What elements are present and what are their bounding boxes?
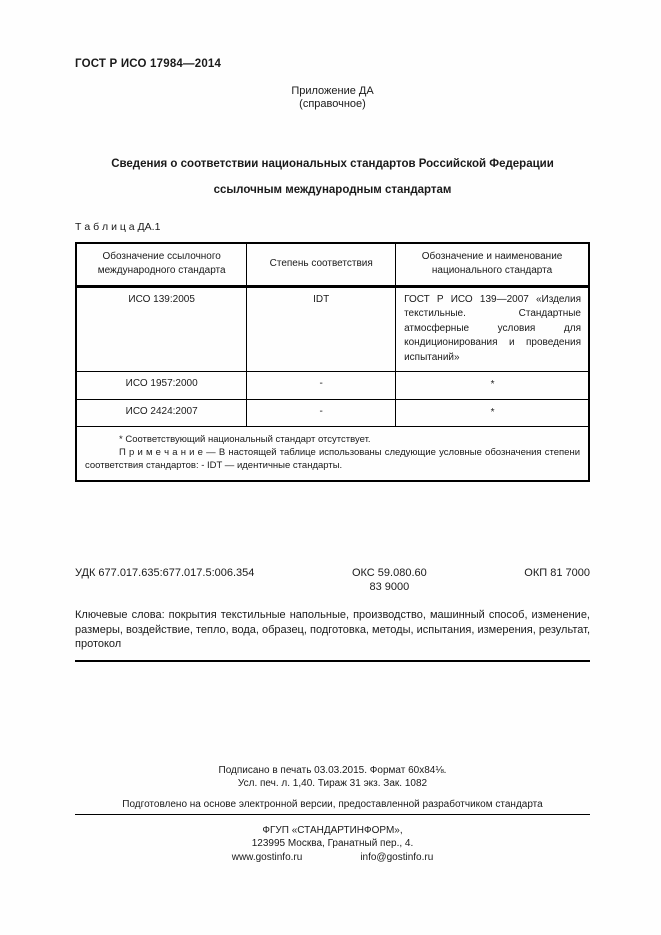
table-row: ИСО 1957:2000 - * bbox=[76, 372, 589, 400]
udk-code: УДК 677.017.635:677.017.5:006.354 bbox=[75, 567, 254, 581]
column-header-degree: Степень соответствия bbox=[247, 243, 396, 286]
cell-degree: IDT bbox=[247, 286, 396, 372]
publisher-address: 123995 Москва, Гранатный пер., 4. bbox=[75, 837, 590, 851]
annex-type: (справочное) bbox=[75, 98, 590, 111]
annex-label: Приложение ДА bbox=[75, 85, 590, 98]
table-header-row: Обозначение ссылочного международного ст… bbox=[76, 243, 589, 286]
table-head: Обозначение ссылочного международного ст… bbox=[76, 243, 589, 286]
cell-national: * bbox=[396, 372, 589, 400]
imprint-line1: Подписано в печать 03.03.2015. Формат 60… bbox=[75, 764, 590, 777]
publisher-name: ФГУП «СТАНДАРТИНФОРМ», bbox=[75, 824, 590, 838]
table-body: ИСО 139:2005 IDT ГОСТ Р ИСО 139—2007 «Из… bbox=[76, 286, 589, 481]
cell-international: ИСО 139:2005 bbox=[76, 286, 247, 372]
table-row: ИСО 139:2005 IDT ГОСТ Р ИСО 139—2007 «Из… bbox=[76, 286, 589, 372]
document-page: ГОСТ Р ИСО 17984—2014 Приложение ДА (спр… bbox=[0, 0, 661, 935]
standards-correspondence-table: Обозначение ссылочного международного ст… bbox=[75, 242, 590, 482]
imprint-prepared: Подготовлено на основе электронной верси… bbox=[75, 799, 590, 810]
annex-block: Приложение ДА (справочное) bbox=[75, 85, 590, 111]
column-header-international: Обозначение ссылочного международного ст… bbox=[76, 243, 247, 286]
page-content: ГОСТ Р ИСО 17984—2014 Приложение ДА (спр… bbox=[0, 0, 661, 864]
divider-thick bbox=[75, 660, 590, 662]
cell-national: ГОСТ Р ИСО 139—2007 «Изделия текстильные… bbox=[396, 286, 589, 372]
table-footnote: * Соответствующий национальный стандарт … bbox=[76, 427, 589, 482]
cell-degree: - bbox=[247, 372, 396, 400]
oks-code: ОКС 59.080.60 83 9000 bbox=[352, 567, 427, 594]
page-title-line2: ссылочным международным стандартам bbox=[75, 177, 590, 203]
okp-code: ОКП 81 7000 bbox=[524, 567, 590, 581]
publisher-contacts: www.gostinfo.ru info@gostinfo.ru bbox=[75, 851, 590, 865]
publisher-block: ФГУП «СТАНДАРТИНФОРМ», 123995 Москва, Гр… bbox=[75, 824, 590, 865]
footnote-star: * Соответствующий национальный стандарт … bbox=[85, 433, 580, 446]
oks-code-line2: 83 9000 bbox=[352, 581, 427, 595]
imprint-block: Подписано в печать 03.03.2015. Формат 60… bbox=[75, 764, 590, 790]
table-row: ИСО 2424:2007 - * bbox=[76, 399, 589, 427]
publisher-website: www.gostinfo.ru bbox=[232, 851, 303, 865]
oks-code-line1: ОКС 59.080.60 bbox=[352, 567, 427, 581]
table-footnote-row: * Соответствующий национальный стандарт … bbox=[76, 427, 589, 482]
cell-degree: - bbox=[247, 399, 396, 427]
page-title-line1: Сведения о соответствии национальных ста… bbox=[75, 151, 590, 177]
cell-international: ИСО 1957:2000 bbox=[76, 372, 247, 400]
cell-national: * bbox=[396, 399, 589, 427]
footnote-note: П р и м е ч а н и е — В настоящей таблиц… bbox=[85, 446, 580, 472]
column-header-national: Обозначение и наименование национального… bbox=[396, 243, 589, 286]
divider-thin bbox=[75, 814, 590, 815]
keywords-paragraph: Ключевые слова: покрытия текстильные нап… bbox=[75, 608, 590, 652]
publisher-email: info@gostinfo.ru bbox=[360, 851, 433, 865]
classification-codes: УДК 677.017.635:677.017.5:006.354 ОКС 59… bbox=[75, 567, 590, 594]
table-caption: Т а б л и ц а ДА.1 bbox=[75, 221, 590, 233]
doc-number: ГОСТ Р ИСО 17984—2014 bbox=[75, 58, 590, 70]
page-title: Сведения о соответствии национальных ста… bbox=[75, 151, 590, 203]
imprint-line2: Усл. печ. л. 1,40. Тираж 31 экз. Зак. 10… bbox=[75, 777, 590, 790]
cell-international: ИСО 2424:2007 bbox=[76, 399, 247, 427]
